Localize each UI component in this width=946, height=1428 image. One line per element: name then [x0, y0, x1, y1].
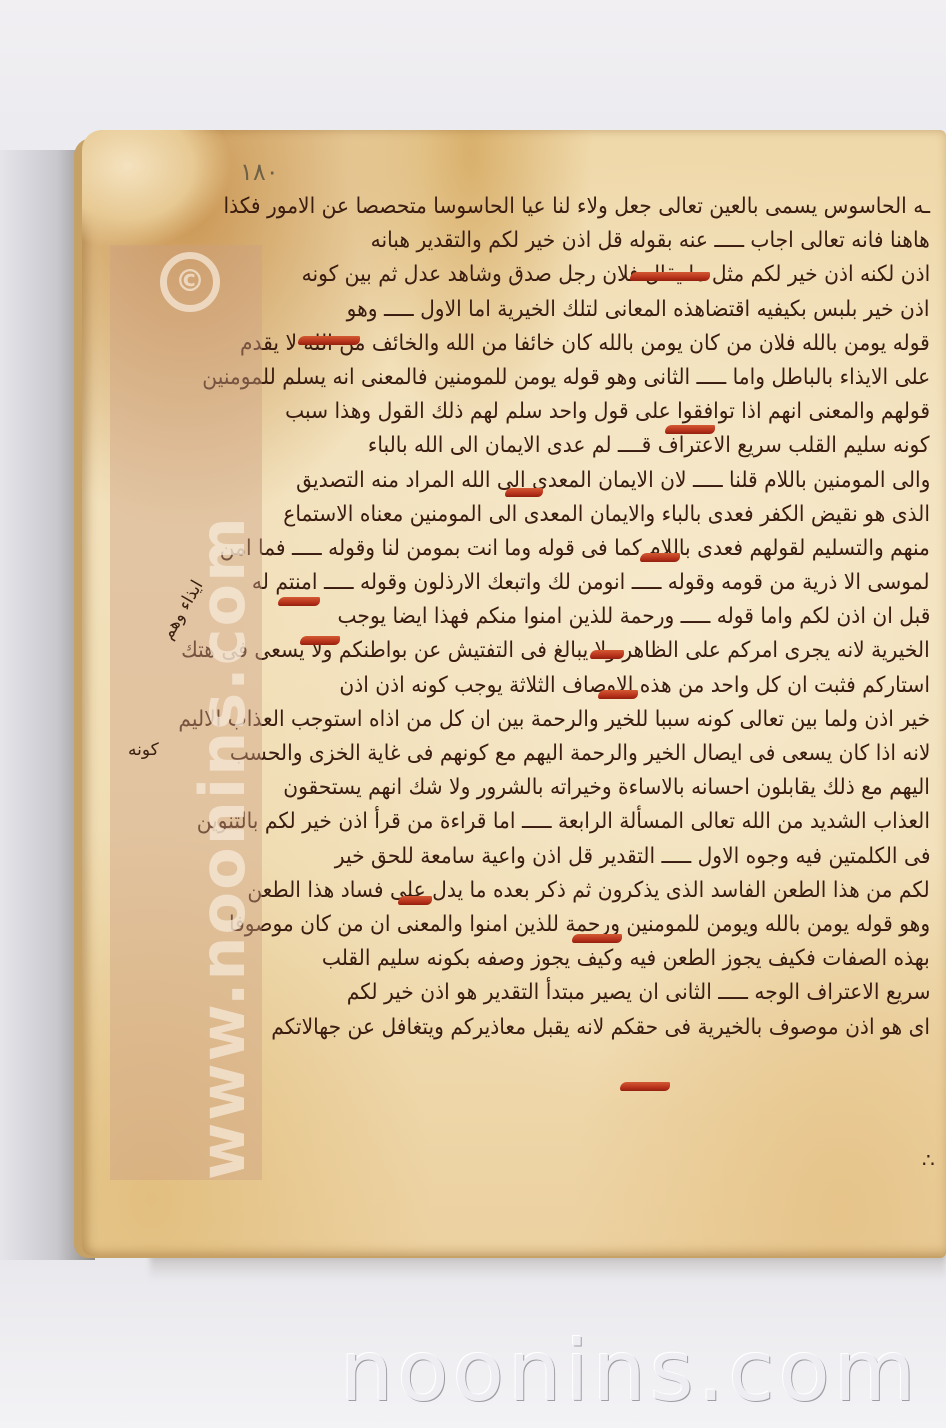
copyright-icon: © — [160, 252, 220, 312]
rubric-mark — [620, 1082, 670, 1091]
margin-note: كونه — [128, 740, 159, 760]
text-line: كونه سليم القلب سريع الاعتراف قــــ لم ع… — [150, 429, 930, 463]
rubric-mark — [572, 934, 622, 943]
text-line: على الايذاء بالباطل واما ـــــ الثانى وه… — [150, 361, 930, 395]
text-line: خير اذن ولما بين تعالى كونه سببا للخير و… — [150, 703, 930, 737]
text-line: الذى هو نقيض الكفر فعدى بالباء والايمان … — [150, 498, 930, 532]
rubric-mark — [398, 896, 432, 905]
rubric-mark — [590, 650, 624, 659]
rubric-mark — [630, 272, 710, 281]
manuscript-text-block: ـه الحاسوس يسمى بالعين تعالى جعل ولاء لن… — [150, 190, 930, 1045]
text-line: هاهنا فانه تعالى اجاب ـــــ عنه بقوله قل… — [150, 224, 930, 258]
text-line: اذن خير بلبس بكيفيه اقتضاهذه المعانى لتل… — [150, 293, 930, 327]
text-line: لكم من هذا الطعن الفاسد الذى يذكرون ثم ذ… — [150, 874, 930, 908]
folio-number: ١٨٠ — [240, 158, 279, 186]
rubric-mark — [665, 425, 715, 434]
text-line: الخيرية لانه يجرى امركم على الظاهر ولا ي… — [150, 634, 930, 668]
vertical-watermark: www.noonins.com — [186, 515, 259, 1180]
text-line: ـه الحاسوس يسمى بالعين تعالى جعل ولاء لن… — [150, 190, 930, 224]
rubric-mark — [300, 636, 340, 645]
text-line: منهم والتسليم لقولهم فعدى باللام كما فى … — [150, 532, 930, 566]
rubric-mark — [278, 597, 320, 606]
text-line: قولهم والمعنى انهم اذا توافقوا على قول و… — [150, 395, 930, 429]
text-line: فى الكلمتين فيه وجوه الاول ـــــ التقدير… — [150, 840, 930, 874]
text-line: اذن لكنه اذن خير لكم مثل ما يقال فلان رج… — [150, 258, 930, 292]
text-line: لانه اذا كان يسعى فى ايصال الخير والرحمة… — [150, 737, 930, 771]
text-line: لموسى الا ذرية من قومه وقوله ـــــ انومن… — [150, 566, 930, 600]
text-line: قوله يومن بالله فلان من كان يومن بالله ك… — [150, 327, 930, 361]
text-line: وهو قوله يومن بالله ويومن للمومنين ورحمة… — [150, 908, 930, 942]
bottom-watermark: noonins.com — [340, 1322, 920, 1420]
text-line: اى هو اذن موصوف بالخيرية فى حقكم لانه يق… — [150, 1011, 930, 1045]
rubric-mark — [505, 488, 543, 497]
text-line: اليهم مع ذلك يقابلون احسانه بالاساءة وخي… — [150, 771, 930, 805]
rubric-mark — [298, 336, 360, 345]
text-line: قبل ان اذن لكم واما قوله ـــــ ورحمة للذ… — [150, 600, 930, 634]
text-line: استاركم فثبت ان كل واحد من هذه الاوصاف ا… — [150, 669, 930, 703]
text-line: العذاب الشديد من الله تعالى المسألة الرا… — [150, 805, 930, 839]
text-line: بهذه الصفات فكيف يجوز الطعن فيه وكيف يجو… — [150, 942, 930, 976]
rubric-mark — [598, 690, 638, 699]
text-line: سريع الاعتراف الوجه ـــــ الثانى ان يصير… — [150, 976, 930, 1010]
rubric-mark — [640, 553, 680, 562]
page-edge-mark: ∴ — [922, 1148, 935, 1172]
